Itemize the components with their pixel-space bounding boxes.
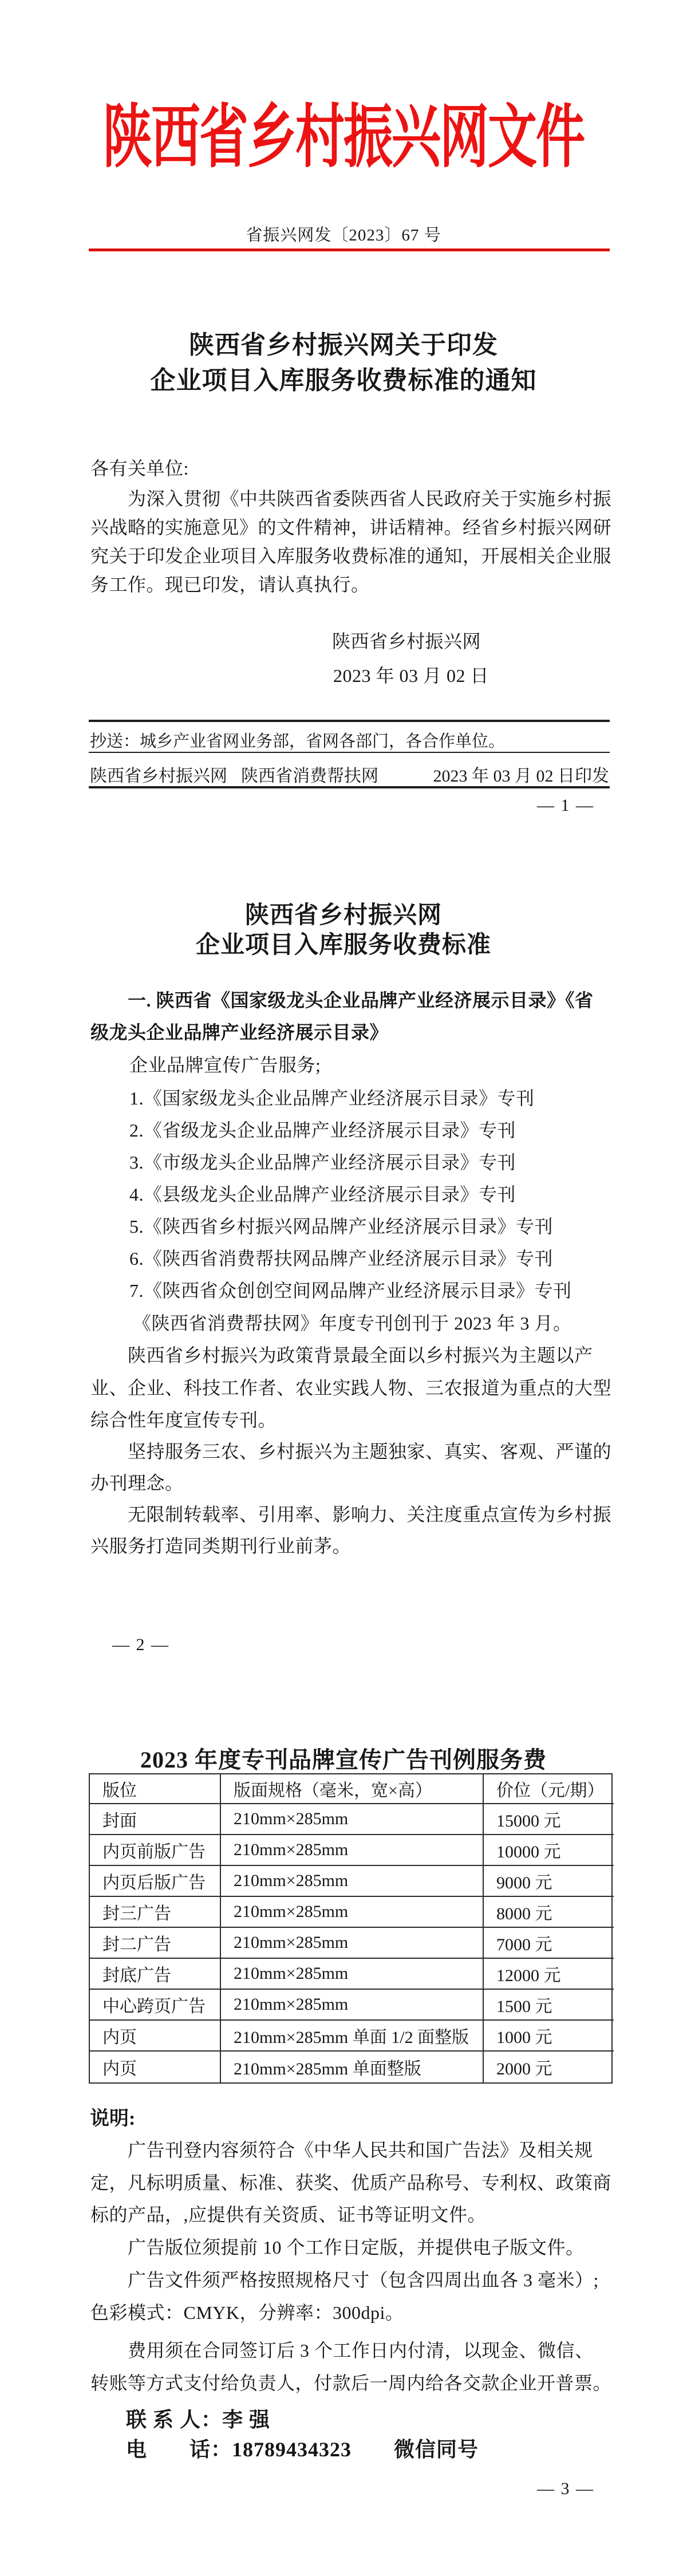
catalog-list-item: 4.《县级龙头企业品牌产业经济展示目录》专刊 xyxy=(129,1180,516,1206)
table-header-cell: 版位 xyxy=(90,1774,221,1804)
table-cell: 内页 xyxy=(90,2021,221,2052)
table-cell: 210mm×285mm xyxy=(221,1928,484,1959)
table-cell: 内页前版广告 xyxy=(90,1835,221,1866)
note-line: 费用须在合同签订后 3 个工作日内付清，以现金、微信、 xyxy=(90,2336,594,2362)
catalog-list-item: 2.《省级龙头企业品牌产业经济展示目录》专刊 xyxy=(129,1116,516,1142)
footer-rule-top xyxy=(89,720,610,722)
table-cell: 封底广告 xyxy=(90,1959,221,1990)
table-cell: 中心跨页广告 xyxy=(90,1990,221,2021)
table-cell: 210mm×285mm xyxy=(221,1866,484,1897)
salutation: 各有关单位: xyxy=(90,454,189,480)
table-header-cell: 版面规格（毫米，宽×高） xyxy=(221,1774,484,1804)
table-cell: 210mm×285mm 单面整版 xyxy=(221,2052,484,2082)
note-line: 广告版位须提前 10 个工作日定版，并提供电子版文件。 xyxy=(90,2233,585,2259)
table-cell: 8000 元 xyxy=(484,1897,614,1928)
note-line: 色彩模式：CMYK，分辨率：300dpi。 xyxy=(90,2298,404,2325)
table-cell: 12000 元 xyxy=(484,1959,614,1990)
table-cell: 2000 元 xyxy=(484,2052,614,2082)
note-line: 广告刊登内容须符合《中华人民共和国广告法》及相关规 xyxy=(90,2136,593,2162)
page-number-3: — 3 — xyxy=(537,2479,594,2499)
catalog-list-item: 3.《市级龙头企业品牌产业经济展示目录》专刊 xyxy=(129,1148,516,1174)
table-header-cell: 价位（元/期） xyxy=(484,1774,614,1804)
cc-line: 抄送：城乡产业省网业务部，省网各部门，各合作单位。 xyxy=(90,728,505,752)
service-intro-line: 企业品牌宣传广告服务; xyxy=(129,1051,321,1077)
note-line: 定，凡标明质量、标准、获奖、优质产品称号、专利权、政策商 xyxy=(90,2168,611,2195)
table-cell: 10000 元 xyxy=(484,1835,614,1866)
body-line: 为深入贯彻《中共陕西省委陕西省人民政府关于实施乡村振 xyxy=(90,484,611,511)
imprint-date: 2023 年 03 月 02 日印发 xyxy=(433,762,610,787)
catalog-list-item: 1.《国家级龙头企业品牌产业经济展示目录》专刊 xyxy=(129,1084,535,1110)
page-number-2: — 2 — xyxy=(112,1635,169,1655)
table-cell: 210mm×285mm xyxy=(221,1804,484,1835)
signature-date: 2023 年 03 月 02 日 xyxy=(333,661,489,688)
paragraph-line: 综合性年度宣传专刊。 xyxy=(90,1406,277,1432)
table-cell: 封面 xyxy=(90,1804,221,1835)
table-cell: 封二广告 xyxy=(90,1928,221,1959)
standard-heading-line-2: 企业项目入库服务收费标准 xyxy=(0,926,687,960)
document-number: 省振兴网发〔2023〕67 号 xyxy=(0,222,687,246)
fee-table-title: 2023 年度专刊品牌宣传广告刊例服务费 xyxy=(0,1742,687,1774)
table-cell: 7000 元 xyxy=(484,1928,614,1959)
paragraph-line: 业、企业、科技工作者、农业实践人物、三农报道为重点的大型 xyxy=(90,1374,611,1400)
table-cell: 内页 xyxy=(90,2052,221,2082)
notice-title-line-1: 陕西省乡村振兴网关于印发 xyxy=(0,324,687,361)
paragraph-line: 办刊理念。 xyxy=(90,1469,184,1495)
table-cell: 15000 元 xyxy=(484,1804,614,1835)
paragraph-line: 无限制转载率、引用率、影响力、关注度重点宣传为乡村振 xyxy=(90,1500,611,1526)
page-number-1: — 1 — xyxy=(537,796,594,815)
table-cell: 210mm×285mm xyxy=(221,1990,484,2021)
table-cell: 210mm×285mm 单面 1/2 面整版 xyxy=(221,2021,484,2052)
paragraph-line: 坚持服务三农、乡村振兴为主题独家、真实、客观、严谨的 xyxy=(90,1437,611,1463)
note-line: 转账等方式支付给负责人，付款后一周内给各交款企业开普票。 xyxy=(90,2369,611,2395)
paragraph-line: 陕西省乡村振兴为政策背景最全面以乡村振兴为主题以产 xyxy=(90,1341,593,1367)
footer-rule-bottom xyxy=(89,786,610,788)
contact-phone: 电 话：18789434323 微信同号 xyxy=(126,2433,479,2463)
table-cell: 210mm×285mm xyxy=(221,1835,484,1866)
body-line: 务工作。现已印发，请认真执行。 xyxy=(90,570,370,597)
table-cell: 210mm×285mm xyxy=(221,1897,484,1928)
table-cell: 1500 元 xyxy=(484,1990,614,2021)
body-line: 兴战略的实施意见》的文件精神，讲话精神。经省乡村振兴网研 xyxy=(90,513,611,539)
red-separator-rule xyxy=(89,248,610,251)
catalog-list-item: 7.《陕西省众创创空间网品牌产业经济展示目录》专刊 xyxy=(129,1276,572,1303)
contact-person: 联 系 人：李 强 xyxy=(126,2404,270,2433)
red-banner-title: 陕西省乡村振兴网文件 xyxy=(0,81,687,181)
fee-table: 版位 版面规格（毫米，宽×高） 价位（元/期） 封面 210mm×285mm 1… xyxy=(89,1773,613,2084)
founding-note-line: 《陕西省消费帮扶网》年度专刊创刊于 2023 年 3 月。 xyxy=(133,1309,572,1335)
imprint-organization-2: 陕西省消费帮扶网 xyxy=(241,762,378,787)
standard-heading-line-1: 陕西省乡村振兴网 xyxy=(0,896,687,930)
section-1-line: 一. 陕西省《国家级龙头企业品牌产业经济展示目录》《省 xyxy=(90,986,594,1012)
section-1-line: 级龙头企业品牌产业经济展示目录》 xyxy=(90,1018,388,1044)
table-cell: 9000 元 xyxy=(484,1866,614,1897)
note-line: 广告文件须严格按照规格尺寸（包含四周出血各 3 毫米）; xyxy=(90,2266,599,2292)
imprint-organization-1: 陕西省乡村振兴网 xyxy=(90,762,227,787)
table-cell: 内页后版广告 xyxy=(90,1866,221,1897)
table-cell: 封三广告 xyxy=(90,1897,221,1928)
note-line: 标的产品，,应提供有关资质、证书等证明文件。 xyxy=(90,2200,486,2227)
notice-title-line-2: 企业项目入库服务收费标准的通知 xyxy=(0,360,687,396)
footer-rule-middle xyxy=(89,752,610,753)
body-line: 究关于印发企业项目入库服务收费标准的通知，开展相关企业服 xyxy=(90,542,611,568)
catalog-list-item: 6.《陕西省消费帮扶网品牌产业经济展示目录》专刊 xyxy=(129,1244,553,1271)
official-document: 陕西省乡村振兴网文件 省振兴网发〔2023〕67 号 陕西省乡村振兴网关于印发 … xyxy=(0,0,687,2576)
table-cell: 210mm×285mm xyxy=(221,1959,484,1990)
paragraph-line: 兴服务打造同类期刊行业前茅。 xyxy=(90,1532,351,1558)
signature-organization: 陕西省乡村振兴网 xyxy=(332,627,481,653)
table-cell: 1000 元 xyxy=(484,2021,614,2052)
notes-heading: 说明: xyxy=(90,2102,135,2131)
catalog-list-item: 5.《陕西省乡村振兴网品牌产业经济展示目录》专刊 xyxy=(129,1212,553,1238)
